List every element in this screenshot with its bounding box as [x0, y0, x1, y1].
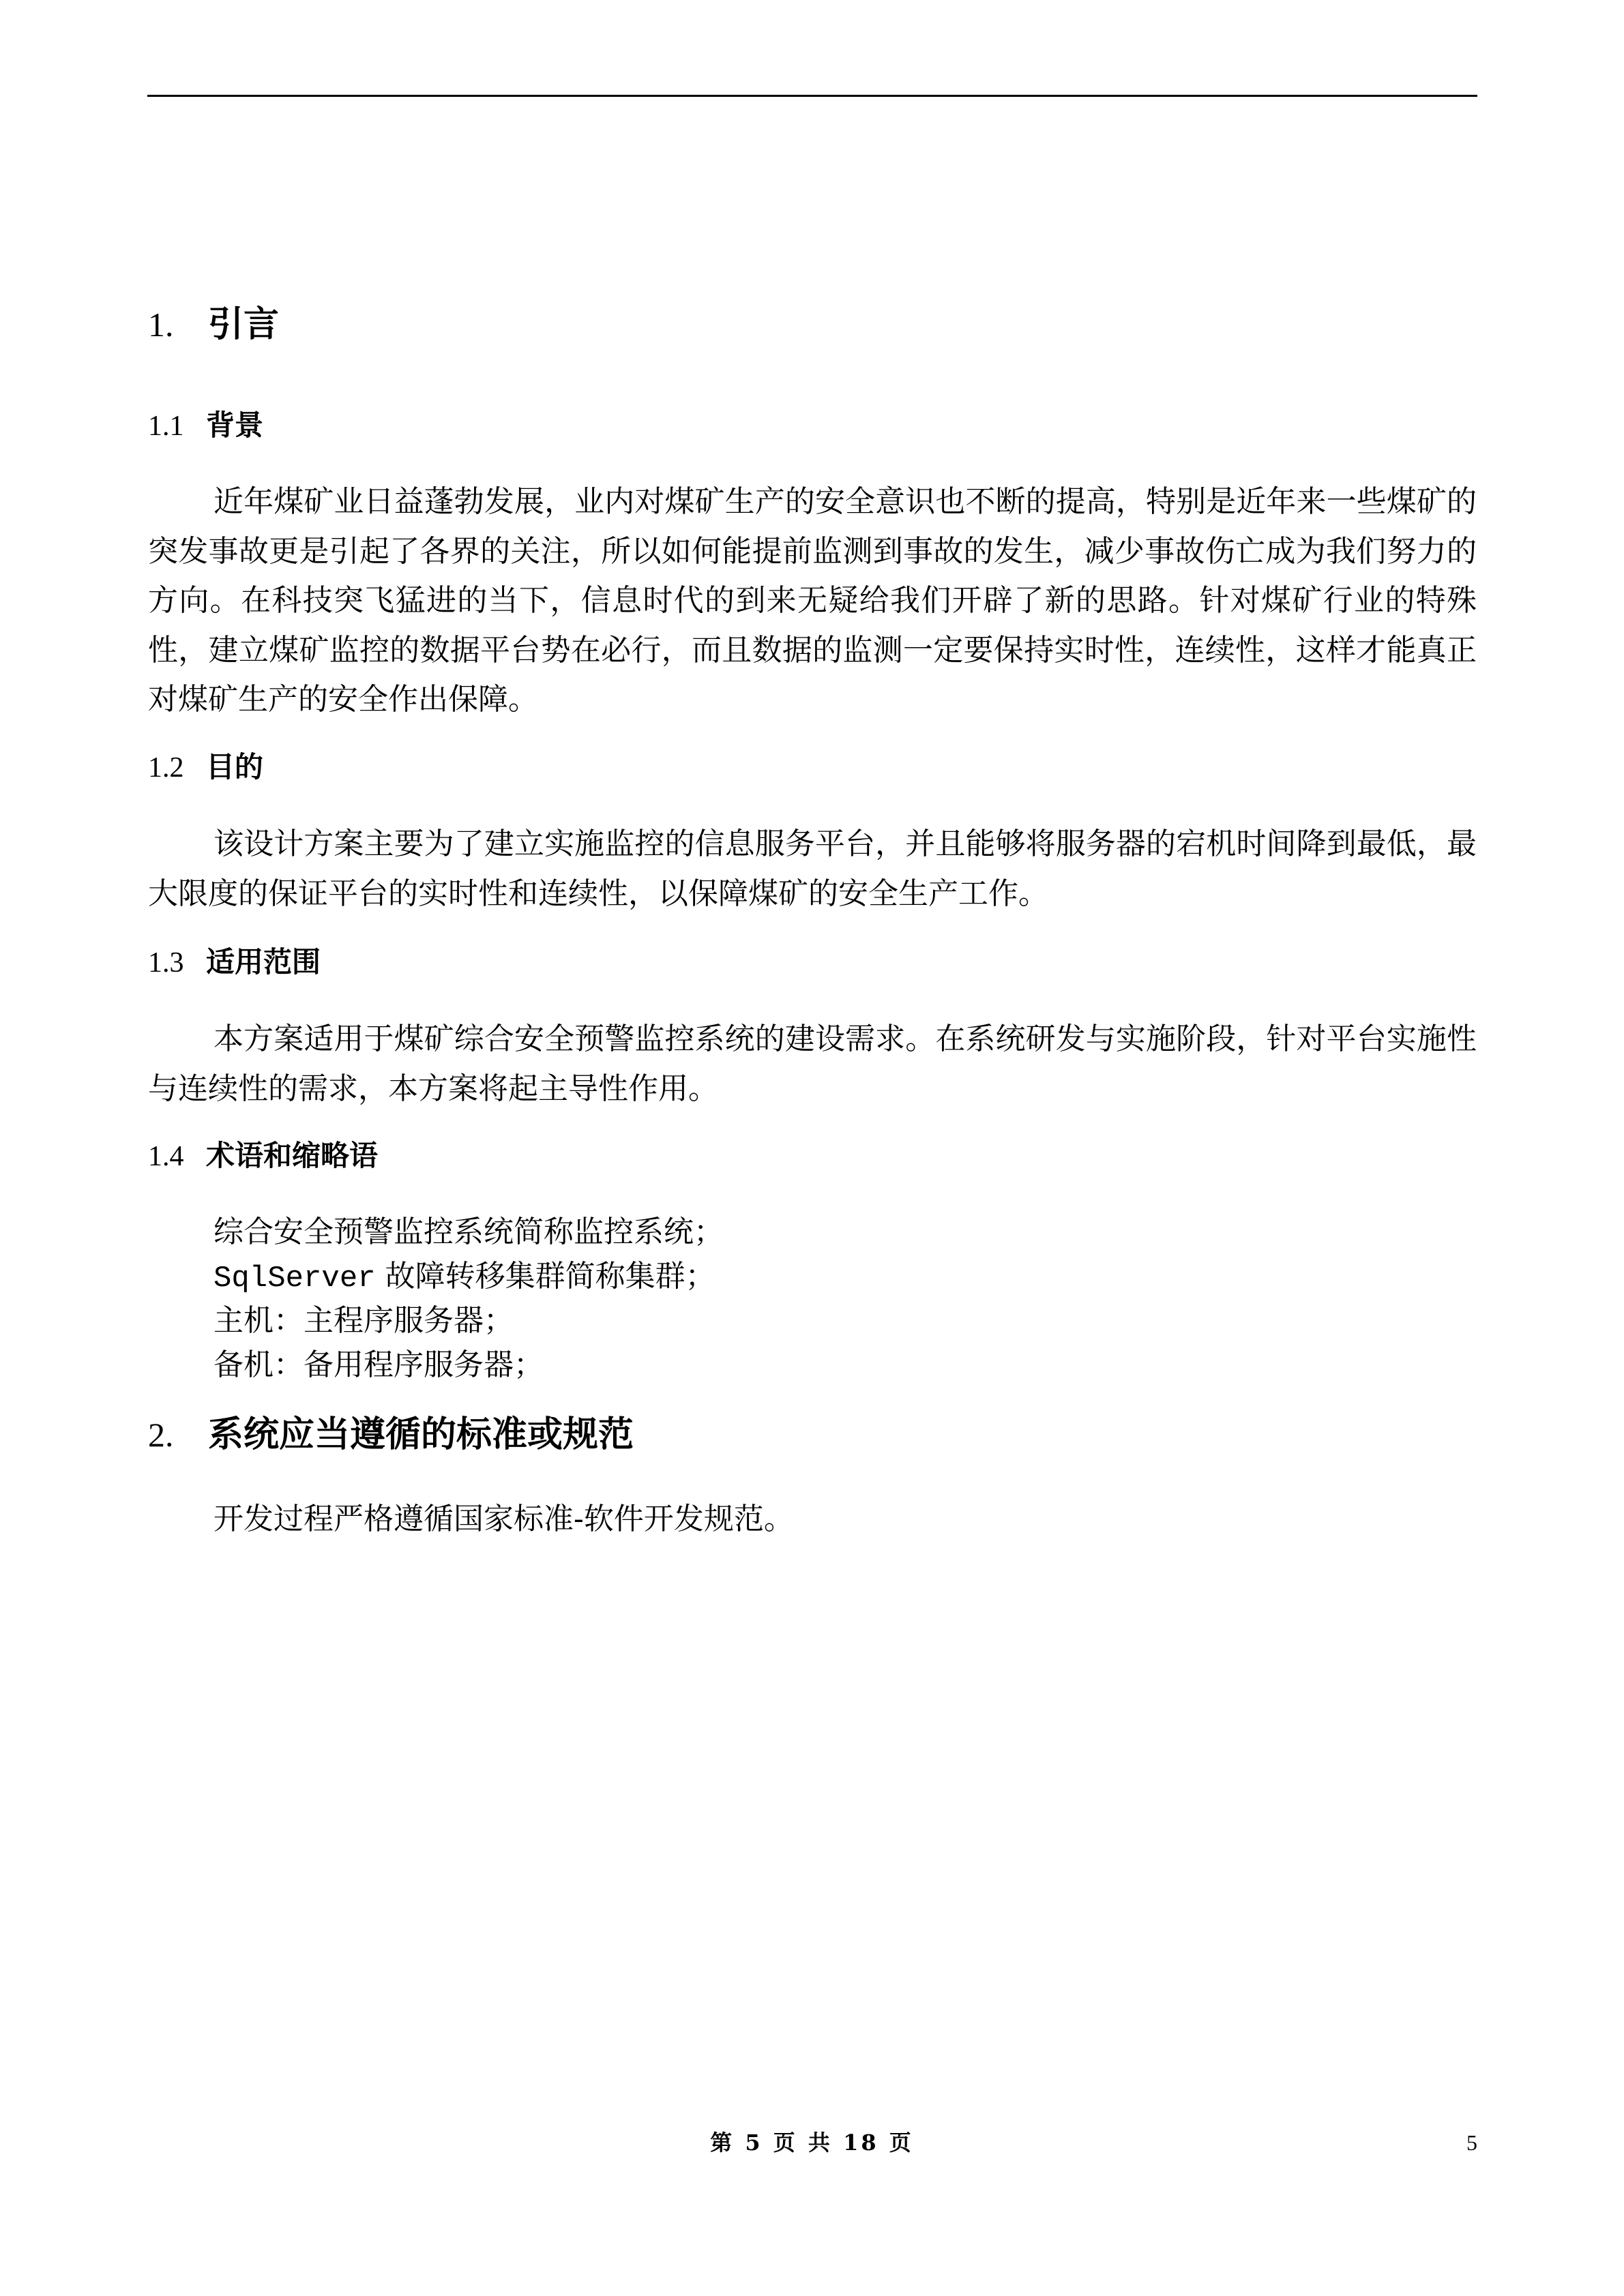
subsection-number: 1.3: [148, 946, 206, 980]
terms-list: 综合安全预警监控系统简称监控系统； SqlServer 故障转移集群简称集群； …: [213, 1211, 1441, 1388]
subsection-title: 适用范围: [206, 945, 321, 979]
paragraph-standards: 开发过程严格遵循国家标准-软件开发规范。: [148, 1495, 1477, 1545]
subsection-heading-1-3: 1.3适用范围: [148, 945, 321, 980]
subsection-number: 1.4: [148, 1139, 206, 1174]
section-title: 系统应当遵循的标准或规范: [208, 1414, 634, 1455]
paragraph-background: 近年煤矿业日益蓬勃发展，业内对煤矿生产的安全意识也不断的提高，特别是近年来一些煤…: [148, 477, 1477, 725]
footer-page-label: 第 5 页 共 18 页: [0, 2128, 1624, 2158]
term-text: 故障转移集群简称集群；: [376, 1259, 715, 1294]
subsection-heading-1-2: 1.2目的: [148, 750, 263, 785]
term-item: 备机：备用程序服务器；: [213, 1344, 1441, 1388]
footer-page-number: 5: [1460, 2128, 1477, 2158]
subsection-title: 目的: [206, 750, 263, 784]
section-number: 2.: [148, 1414, 208, 1455]
section-number: 1.: [148, 304, 208, 345]
term-text: 主机：主程序服务器；: [213, 1303, 514, 1338]
section-heading-2: 2.系统应当遵循的标准或规范: [148, 1414, 634, 1455]
subsection-heading-1-1: 1.1背景: [148, 408, 263, 443]
subsection-title: 术语和缩略语: [206, 1139, 378, 1172]
term-item: 综合安全预警监控系统简称监控系统；: [213, 1211, 1441, 1255]
section-title: 引言: [208, 304, 279, 345]
subsection-title: 背景: [206, 408, 263, 442]
section-heading-1: 1.引言: [148, 304, 279, 345]
paragraph-scope: 本方案适用于煤矿综合安全预警监控系统的建设需求。在系统研发与实施阶段，针对平台实…: [148, 1015, 1477, 1114]
term-text: 备机：备用程序服务器；: [213, 1347, 544, 1382]
term-item: SqlServer 故障转移集群简称集群；: [213, 1255, 1441, 1300]
paragraph-purpose: 该设计方案主要为了建立实施监控的信息服务平台，并且能够将服务器的宕机时间降到最低…: [148, 820, 1477, 919]
term-item: 主机：主程序服务器；: [213, 1300, 1441, 1344]
subsection-number: 1.1: [148, 409, 206, 443]
term-text: 综合安全预警监控系统简称监控系统；: [213, 1214, 724, 1249]
document-page: 1.引言 1.1背景 近年煤矿业日益蓬勃发展，业内对煤矿生产的安全意识也不断的提…: [0, 0, 1624, 2296]
subsection-number: 1.2: [148, 751, 206, 785]
subsection-heading-1-4: 1.4术语和缩略语: [148, 1139, 378, 1174]
header-rule: [147, 95, 1477, 97]
term-prefix: SqlServer: [213, 1262, 376, 1296]
